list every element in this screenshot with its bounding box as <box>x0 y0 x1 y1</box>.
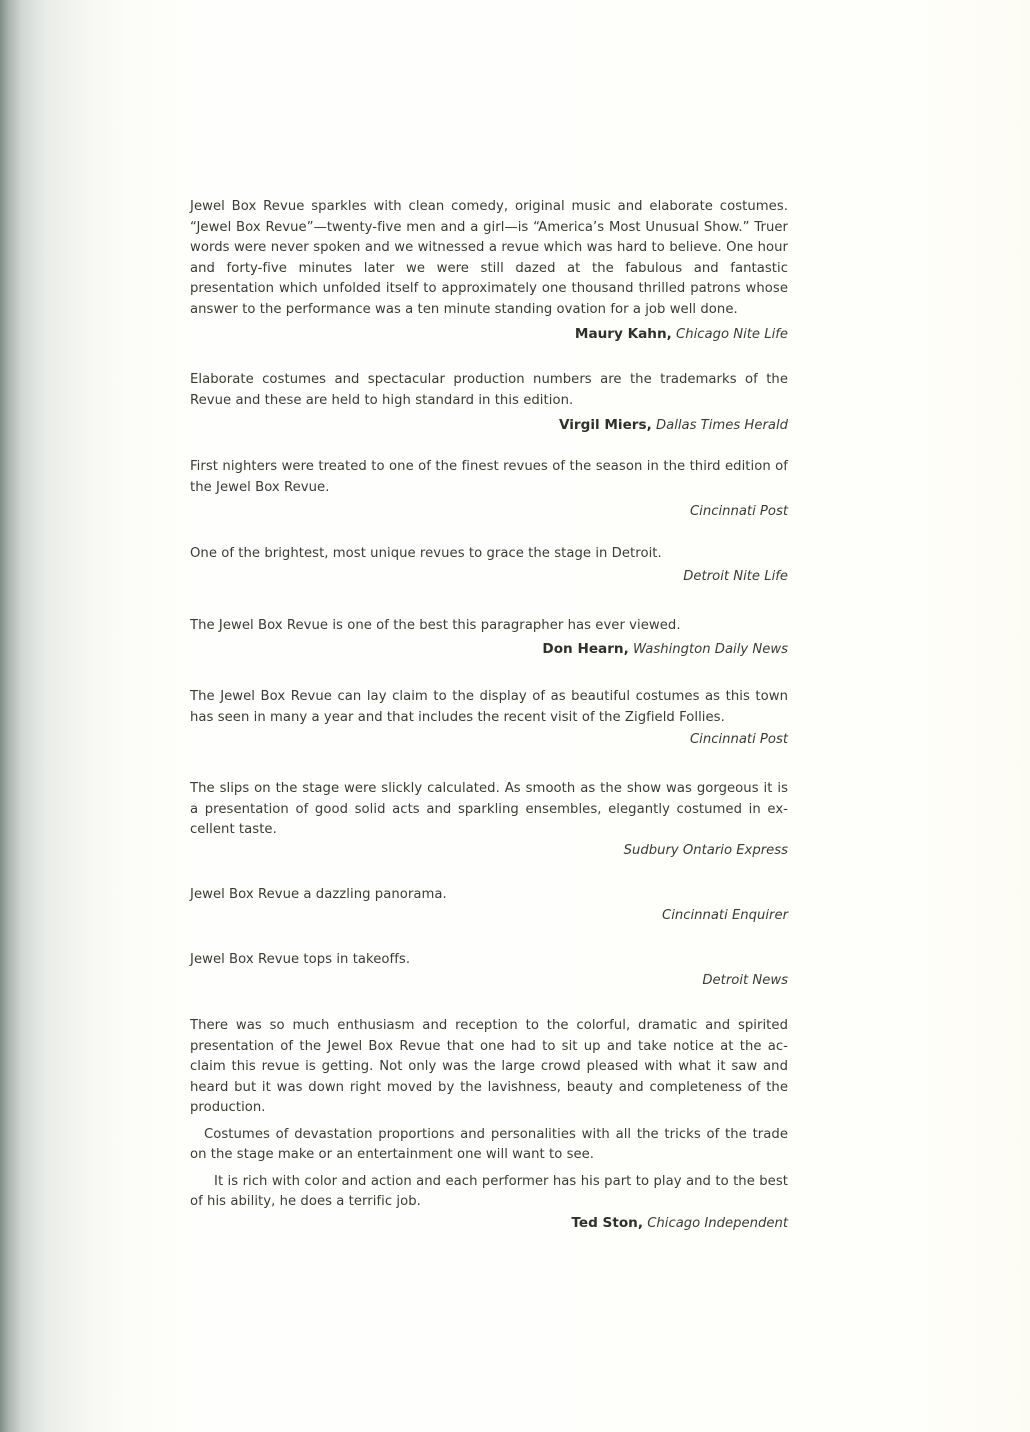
review-attribution: Cincinnati Post <box>190 730 788 751</box>
review-text: The Jewel Box Revue is one of the best t… <box>190 616 788 637</box>
document-page: Jewel Box Revue sparkles with clean come… <box>0 0 1030 1432</box>
review-publication: Chicago Nite Life <box>676 327 788 342</box>
review-attribution: Cincinnati Post <box>190 502 788 523</box>
review-publication: Washington Daily News <box>633 642 788 657</box>
review-detroit-nite-life: One of the brightest, most unique revues… <box>190 544 788 587</box>
review-author: Ted Ston, <box>571 1215 643 1231</box>
review-text: Elaborate costumes and spectacular produ… <box>190 370 788 411</box>
review-attribution: Maury Kahn, Chicago Nite Life <box>190 324 788 346</box>
review-text: One of the brightest, most unique revues… <box>190 544 788 565</box>
review-don-hearn: The Jewel Box Revue is one of the best t… <box>190 616 788 660</box>
review-text: Jewel Box Revue sparkles with clean come… <box>190 197 788 320</box>
review-attribution: Detroit News <box>190 971 788 992</box>
review-text: Costumes of devastation proportions and … <box>190 1125 788 1166</box>
review-cincinnati-enquirer: Jewel Box Revue a dazzling panorama. Cin… <box>190 885 788 926</box>
review-text: The Jewel Box Revue can lay claim to the… <box>190 687 788 728</box>
review-cincinnati-post-2: The Jewel Box Revue can lay claim to the… <box>190 687 788 751</box>
review-attribution: Sudbury Ontario Express <box>190 841 788 862</box>
review-ted-ston: There was so much enthusiasm and recepti… <box>190 1016 788 1234</box>
review-text: It is rich with color and action and eac… <box>190 1172 788 1213</box>
review-publication: Sudbury Ontario Express <box>624 843 788 858</box>
review-publication: Cincinnati Post <box>690 732 788 747</box>
review-detroit-news: Jewel Box Revue tops in takeoffs. Detroi… <box>190 950 788 991</box>
review-publication: Detroit News <box>702 973 788 988</box>
review-attribution: Ted Ston, Chicago Independent <box>190 1213 788 1235</box>
review-author: Don Hearn, <box>542 641 628 657</box>
review-attribution: Don Hearn, Washington Daily News <box>190 639 788 661</box>
review-text: There was so much enthusiasm and recepti… <box>190 1016 788 1119</box>
review-publication: Cincinnati Post <box>690 504 788 519</box>
review-text: First nighters were treated to one of th… <box>190 457 788 498</box>
review-publication: Detroit Nite Life <box>683 569 788 584</box>
review-text: Jewel Box Revue tops in takeoffs. <box>190 950 788 971</box>
review-publication: Dallas Times Herald <box>656 418 788 433</box>
review-virgil-miers: Elaborate costumes and spectacular produ… <box>190 370 788 437</box>
review-text: The slips on the stage were slickly calc… <box>190 779 788 841</box>
review-attribution: Virgil Miers, Dallas Times Herald <box>190 415 788 437</box>
review-maury-kahn: Jewel Box Revue sparkles with clean come… <box>190 197 788 346</box>
review-attribution: Cincinnati Enquirer <box>190 906 788 927</box>
review-attribution: Detroit Nite Life <box>190 567 788 588</box>
review-cincinnati-post-1: First nighters were treated to one of th… <box>190 457 788 523</box>
review-publication: Chicago Independent <box>647 1216 788 1231</box>
review-author: Maury Kahn, <box>575 326 672 342</box>
review-publication: Cincinnati Enquirer <box>662 908 788 923</box>
review-sudbury-ontario-express: The slips on the stage were slickly calc… <box>190 779 788 861</box>
review-text: Jewel Box Revue a dazzling panorama. <box>190 885 788 906</box>
review-author: Virgil Miers, <box>559 417 652 433</box>
